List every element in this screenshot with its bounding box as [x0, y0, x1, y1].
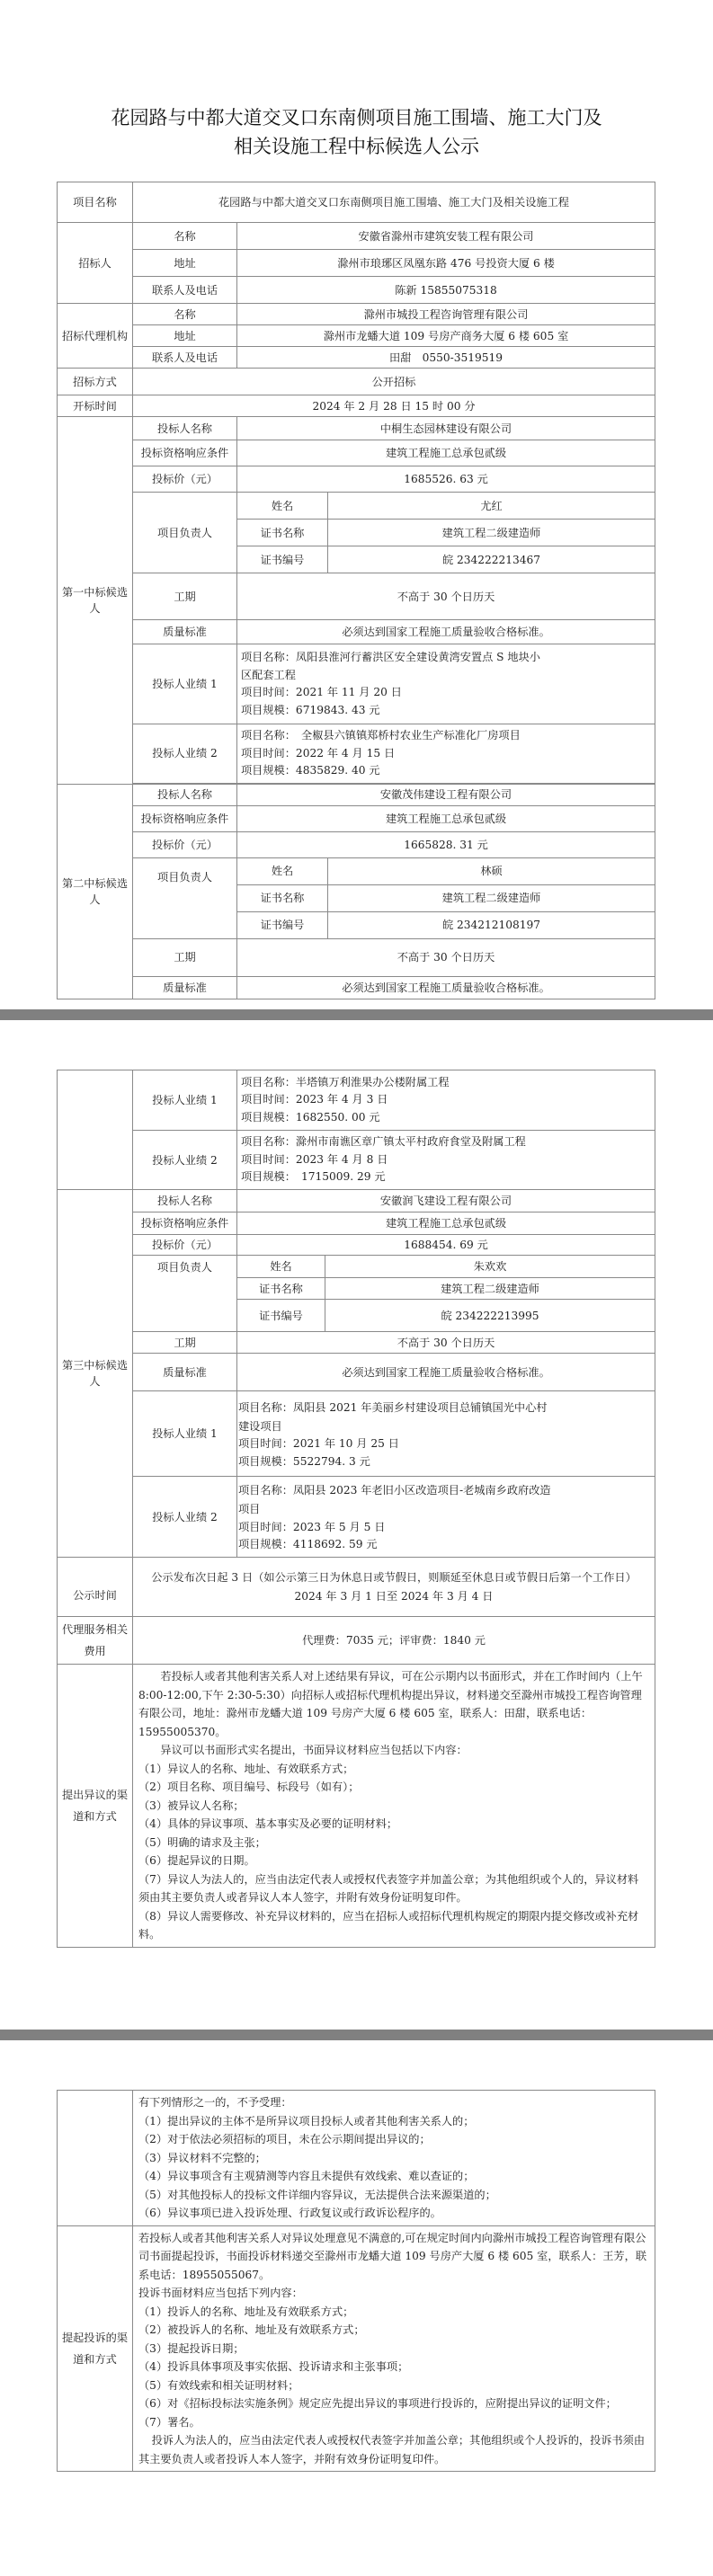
cert-name-label: 证书名称 — [237, 884, 328, 911]
candidate-1-duration: 不高于 30 个日历天 — [237, 573, 655, 620]
page-separator-1 — [0, 1009, 713, 1020]
bidder-name-label: 投标人名称 — [133, 1190, 237, 1212]
publicity-rule: 公示发布次日起 3 日（如公示第三日为休息日或节假日，则顺延至休息日或节假日后第… — [136, 1568, 652, 1587]
bidder-name-label: 投标人名称 — [133, 784, 237, 805]
achievement-name-cont: 建设项目 — [238, 1418, 651, 1436]
table-row: 招标人 名称 安徽省滁州市建筑安装工程有限公司 — [58, 223, 655, 250]
duration-label: 工期 — [133, 573, 237, 620]
reject-item: （2）对于依法必须招标的项目，未在公示期间提出异议的； — [138, 2130, 649, 2149]
qualification-label: 投标资格响应条件 — [133, 440, 237, 466]
candidate-2-rank-continued — [58, 1070, 133, 1190]
objection-item: （1）异议人的名称、地址、有效联系方式； — [138, 1760, 649, 1779]
table-row: 招标方式 公开招标 — [58, 369, 655, 395]
table-row: 质量标准 必须达到国家工程施工质量验收合格标准。 — [58, 976, 655, 999]
table-row: 提起投诉的渠道和方式 若投标人或者其他利害关系人对异议处理意见不满意的,可在规定… — [58, 2225, 655, 2472]
reject-item: （4）异议事项含有主观猜测等内容且未提供有效线索、难以查证的； — [138, 2167, 649, 2186]
person-name-label: 姓名 — [237, 1256, 325, 1278]
achievement-time: 项目时间：2022 年 4 月 15 日 — [241, 745, 651, 763]
candidate-2-quality: 必须达到国家工程施工质量验收合格标准。 — [237, 976, 655, 999]
table-row: 联系人及电话 田甜 0550-3519519 — [58, 347, 655, 369]
person-name-label: 姓名 — [237, 493, 328, 520]
objection-item: （7）异议人为法人的，应当由法定代表人或授权代表签字并加盖公章；为其他组织或个人… — [138, 1870, 649, 1907]
candidate-3-quality: 必须达到国家工程施工质量验收合格标准。 — [237, 1354, 655, 1391]
cert-name-label: 证书名称 — [237, 520, 328, 546]
achievement-1-label: 投标人业绩 1 — [133, 1391, 237, 1477]
candidate-1-quality: 必须达到国家工程施工质量验收合格标准。 — [237, 620, 655, 644]
objection-label: 提出异议的渠道和方式 — [58, 1665, 133, 1948]
achievement-scale: 项目规模： 1715009. 29 元 — [241, 1168, 651, 1186]
table-row: 投标资格响应条件 建筑工程施工总承包贰级 — [58, 805, 655, 831]
achievement-scale: 项目规模：1682550. 00 元 — [241, 1109, 651, 1127]
candidate-1-cert-no: 皖 234222213467 — [328, 546, 655, 573]
title-line-1: 花园路与中都大道交叉口东南侧项目施工围墙、施工大门及 — [0, 103, 713, 132]
publicity-period: 2024 年 3 月 1 日至 2024 年 3 月 4 日 — [136, 1587, 652, 1606]
manager-label: 项目负责人 — [133, 857, 237, 938]
table-row: 投标人业绩 1 项目名称：凤阳县淮河行蓄洪区安全建设黄湾安置点 S 地块小 区配… — [58, 644, 655, 724]
bidder-name-label: 投标人名称 — [133, 417, 237, 440]
open-time-value: 2024 年 2 月 28 日 15 时 00 分 — [133, 395, 655, 417]
complaint-item: （2）被投诉人的名称、地址及有效联系方式； — [138, 2321, 649, 2340]
project-name-label: 项目名称 — [58, 182, 133, 223]
tenderer-name: 安徽省滁州市建筑安装工程有限公司 — [237, 223, 655, 250]
cert-no-label: 证书编号 — [237, 1300, 325, 1332]
table-row: 第一中标候选人 投标人名称 中桐生态园林建设有限公司 — [58, 417, 655, 440]
complaint-item: （4）投诉具体事项及事实依据、投诉请求和主张事项； — [138, 2358, 649, 2376]
project-name-value: 花园路与中都大道交叉口东南侧项目施工围墙、施工大门及相关设施工程 — [133, 182, 655, 223]
table-row: 投标人业绩 2 项目名称：滁州市南谯区章广镇太平村政府食堂及附属工程 项目时间：… — [58, 1131, 655, 1190]
page-title: 花园路与中都大道交叉口东南侧项目施工围墙、施工大门及 相关设施工程中标候选人公示 — [0, 103, 713, 161]
reject-item: （1）提出异议的主体不是所异议项目投标人或者其他利害关系人的； — [138, 2112, 649, 2131]
candidate-2-rank: 第二中标候选人 — [58, 784, 133, 999]
achievement-scale: 项目规模：4118692. 59 元 — [238, 1536, 651, 1554]
table-row: 开标时间 2024 年 2 月 28 日 15 时 00 分 — [58, 395, 655, 417]
objection-label-continued — [58, 2091, 133, 2226]
complaint-item: （6）对《招标投标法实施条例》规定应先提出异议的事项进行投诉的，应附提出异议的证… — [138, 2394, 649, 2413]
candidate-2-cert-name: 建筑工程二级建造师 — [328, 884, 655, 911]
quality-label: 质量标准 — [133, 620, 237, 644]
candidate-3-cert-no: 皖 234222213995 — [325, 1300, 655, 1332]
achievement-name: 项目名称：半塔镇万利淮果办公楼附属工程 — [241, 1074, 651, 1092]
complaint-item: （3）提起投诉日期； — [138, 2340, 649, 2358]
tenderer-address-label: 地址 — [133, 250, 237, 277]
achievement-time: 项目时间：2021 年 10 月 25 日 — [238, 1435, 651, 1453]
table-row: 项目名称 花园路与中都大道交叉口东南侧项目施工围墙、施工大门及相关设施工程 — [58, 182, 655, 223]
objection-item: （4）具体的异议事项、基本事实及必要的证明材料； — [138, 1815, 649, 1834]
reject-item: （6）异议事项已进入投诉处理、行政复议或行政诉讼程序的。 — [138, 2204, 649, 2223]
complaint-content: 若投标人或者其他利害关系人对异议处理意见不满意的,可在规定时间内向滁州市城投工程… — [133, 2225, 655, 2472]
achievement-name: 项目名称：凤阳县淮河行蓄洪区安全建设黄湾安置点 S 地块小 — [241, 649, 651, 667]
candidate-2-achievement-1: 项目名称：半塔镇万利淮果办公楼附属工程 项目时间：2023 年 4 月 3 日 … — [237, 1070, 655, 1131]
objection-item: （8）异议人需要修改、补充异议材料的，应当在招标人或招标代理机构规定的期限内提交… — [138, 1907, 649, 1944]
table-row: 投标资格响应条件 建筑工程施工总承包贰级 — [58, 1212, 655, 1235]
open-time-label: 开标时间 — [58, 395, 133, 417]
achievement-2-label: 投标人业绩 2 — [133, 1131, 237, 1190]
agency-name-label: 名称 — [133, 304, 237, 325]
tenderer-contact-label: 联系人及电话 — [133, 277, 237, 304]
candidate-2-price: 1665828. 31 元 — [237, 831, 655, 857]
achievement-name: 项目名称：滁州市南谯区章广镇太平村政府食堂及附属工程 — [241, 1133, 651, 1151]
objection-item: （3）被异议人名称； — [138, 1797, 649, 1816]
manager-label: 项目负责人 — [133, 1256, 237, 1332]
objection-item: （2）项目名称、项目编号、标段号（如有）； — [138, 1778, 649, 1797]
table-row: 投标人业绩 2 项目名称：凤阳县 2023 年老旧小区改造项目-老城南乡政府改造… — [58, 1477, 655, 1558]
complaint-item: （7）署名。 — [138, 2413, 649, 2432]
achievement-time: 项目时间：2023 年 4 月 3 日 — [241, 1091, 651, 1109]
manager-label: 项目负责人 — [133, 493, 237, 573]
candidate-3-price: 1688454. 69 元 — [237, 1235, 655, 1256]
announcement-table-page-2: 投标人业绩 1 项目名称：半塔镇万利淮果办公楼附属工程 项目时间：2023 年 … — [57, 1070, 655, 1948]
achievement-2-label: 投标人业绩 2 — [133, 1477, 237, 1558]
publicity-label: 公示时间 — [58, 1558, 133, 1617]
table-row: 投标价（元） 1665828. 31 元 — [58, 831, 655, 857]
title-line-2: 相关设施工程中标候选人公示 — [0, 132, 713, 161]
table-row: 投标资格响应条件 建筑工程施工总承包贰级 — [58, 440, 655, 466]
objection-item: （6）提起异议的日期。 — [138, 1852, 649, 1870]
table-row: 投标价（元） 1685526. 63 元 — [58, 466, 655, 493]
complaint-label: 提起投诉的渠道和方式 — [58, 2225, 133, 2472]
announcement-table-page-1: 项目名称 花园路与中都大道交叉口东南侧项目施工围墙、施工大门及相关设施工程 招标… — [57, 182, 655, 999]
table-row: 招标代理机构 名称 滁州市城投工程咨询管理有限公司 — [58, 304, 655, 325]
candidate-3-bidder-name: 安徽润飞建设工程有限公司 — [237, 1190, 655, 1212]
reject-item: （3）异议材料不完整的； — [138, 2149, 649, 2168]
agency-contact-label: 联系人及电话 — [133, 347, 237, 369]
candidate-1-rank: 第一中标候选人 — [58, 417, 133, 785]
candidate-2-bidder-name: 安徽茂伟建设工程有限公司 — [237, 784, 655, 805]
table-row: 质量标准 必须达到国家工程施工质量验收合格标准。 — [58, 620, 655, 644]
candidate-1-achievement-1: 项目名称：凤阳县淮河行蓄洪区安全建设黄湾安置点 S 地块小 区配套工程 项目时间… — [237, 644, 655, 724]
price-label: 投标价（元） — [133, 1235, 237, 1256]
achievement-2-label: 投标人业绩 2 — [133, 724, 237, 784]
person-name-label: 姓名 — [237, 857, 328, 884]
table-row: 投标人业绩 1 项目名称：半塔镇万利淮果办公楼附属工程 项目时间：2023 年 … — [58, 1070, 655, 1131]
table-row: 投标人业绩 1 项目名称：凤阳县 2021 年美丽乡村建设项目总铺镇国光中心村 … — [58, 1391, 655, 1477]
candidate-1-qualification: 建筑工程施工总承包贰级 — [237, 440, 655, 466]
tenderer-address: 滁州市琅琊区凤凰东路 476 号投资大厦 6 楼 — [237, 250, 655, 277]
agency-name: 滁州市城投工程咨询管理有限公司 — [237, 304, 655, 325]
fees-value: 代理费：7035 元；评审费：1840 元 — [133, 1617, 655, 1665]
duration-label: 工期 — [133, 1332, 237, 1354]
candidate-2-manager-name: 林硕 — [328, 857, 655, 884]
achievement-scale: 项目规模：6719843. 43 元 — [241, 702, 651, 720]
achievement-1-label: 投标人业绩 1 — [133, 1070, 237, 1131]
table-row: 质量标准 必须达到国家工程施工质量验收合格标准。 — [58, 1354, 655, 1391]
table-row: 地址 滁州市琅琊区凤凰东路 476 号投资大厦 6 楼 — [58, 250, 655, 277]
table-row: 联系人及电话 陈新 15855075318 — [58, 277, 655, 304]
candidate-2-cert-no: 皖 234212108197 — [328, 911, 655, 938]
achievement-1-label: 投标人业绩 1 — [133, 644, 237, 724]
complaint-item: （1）投诉人的名称、地址及有效联系方式； — [138, 2303, 649, 2322]
announcement-table-page-3: 有下列情形之一的，不予受理： （1）提出异议的主体不是所异议项目投标人或者其他利… — [57, 2090, 655, 2472]
reject-intro: 有下列情形之一的，不予受理： — [138, 2093, 649, 2112]
objection-reject-content: 有下列情形之一的，不予受理： （1）提出异议的主体不是所异议项目投标人或者其他利… — [133, 2091, 655, 2226]
table-row: 项目负责人 姓名 林硕 — [58, 857, 655, 884]
candidate-3-duration: 不高于 30 个日历天 — [237, 1332, 655, 1354]
fees-label: 代理服务相关费用 — [58, 1617, 133, 1665]
objection-content-intro: 异议可以书面形式实名提出，书面异议材料应当包括以下内容： — [138, 1741, 649, 1760]
objection-content: 若投标人或者其他利害关系人对上述结果有异议，可在公示期内以书面形式，并在工作时间… — [133, 1665, 655, 1948]
candidate-1-cert-name: 建筑工程二级建造师 — [328, 520, 655, 546]
table-row: 投标人业绩 2 项目名称： 全椒县六镇镇郑桥村农业生产标准化厂房项目 项目时间：… — [58, 724, 655, 784]
agency-label: 招标代理机构 — [58, 304, 133, 369]
candidate-3-achievement-2: 项目名称：凤阳县 2023 年老旧小区改造项目-老城南乡政府改造 项目 项目时间… — [237, 1477, 655, 1558]
tenderer-label: 招标人 — [58, 223, 133, 304]
achievement-scale: 项目规模：5522794. 3 元 — [238, 1453, 651, 1471]
reject-item: （5）对其他投标人的投标文件详细内容异议，无法提供合法来源渠道的； — [138, 2186, 649, 2205]
cert-no-label: 证书编号 — [237, 546, 328, 573]
tenderer-contact: 陈新 15855075318 — [237, 277, 655, 304]
table-row: 工期 不高于 30 个日历天 — [58, 938, 655, 976]
candidate-3-qualification: 建筑工程施工总承包贰级 — [237, 1212, 655, 1235]
duration-label: 工期 — [133, 938, 237, 976]
achievement-name: 项目名称：凤阳县 2023 年老旧小区改造项目-老城南乡政府改造 — [238, 1479, 651, 1501]
candidate-2-duration: 不高于 30 个日历天 — [237, 938, 655, 976]
table-row: 项目负责人 姓名 朱欢欢 — [58, 1256, 655, 1278]
page-separator-2 — [0, 2030, 713, 2040]
publicity-value: 公示发布次日起 3 日（如公示第三日为休息日或节假日，则顺延至休息日或节假日后第… — [133, 1558, 655, 1617]
table-row: 项目负责人 姓名 尤红 — [58, 493, 655, 520]
quality-label: 质量标准 — [133, 1354, 237, 1391]
qualification-label: 投标资格响应条件 — [133, 1212, 237, 1235]
candidate-1-bidder-name: 中桐生态园林建设有限公司 — [237, 417, 655, 440]
objection-item: （5）明确的请求及主张； — [138, 1834, 649, 1852]
agency-address-label: 地址 — [133, 325, 237, 347]
table-row: 第二中标候选人 投标人名称 安徽茂伟建设工程有限公司 — [58, 784, 655, 805]
objection-intro: 若投标人或者其他利害关系人对上述结果有异议，可在公示期内以书面形式，并在工作时间… — [138, 1667, 649, 1741]
candidate-1-manager-name: 尤红 — [328, 493, 655, 520]
complaint-item: （5）有效线索和相关证明材料； — [138, 2376, 649, 2395]
cert-no-label: 证书编号 — [237, 911, 328, 938]
agency-contact: 田甜 0550-3519519 — [237, 347, 655, 369]
qualification-label: 投标资格响应条件 — [133, 805, 237, 831]
table-row: 代理服务相关费用 代理费：7035 元；评审费：1840 元 — [58, 1617, 655, 1665]
table-row: 投标价（元） 1688454. 69 元 — [58, 1235, 655, 1256]
candidate-1-price: 1685526. 63 元 — [237, 466, 655, 493]
table-row: 有下列情形之一的，不予受理： （1）提出异议的主体不是所异议项目投标人或者其他利… — [58, 2091, 655, 2226]
candidate-3-rank: 第三中标候选人 — [58, 1190, 133, 1558]
achievement-time: 项目时间：2021 年 11 月 20 日 — [241, 684, 651, 702]
achievement-scale: 项目规模：4835829. 40 元 — [241, 762, 651, 780]
table-row: 工期 不高于 30 个日历天 — [58, 1332, 655, 1354]
candidate-3-achievement-1: 项目名称：凤阳县 2021 年美丽乡村建设项目总铺镇国光中心村 建设项目 项目时… — [237, 1391, 655, 1477]
method-label: 招标方式 — [58, 369, 133, 395]
candidate-1-achievement-2: 项目名称： 全椒县六镇镇郑桥村农业生产标准化厂房项目 项目时间：2022 年 4… — [237, 724, 655, 784]
achievement-time: 项目时间：2023 年 5 月 5 日 — [238, 1519, 651, 1537]
candidate-2-qualification: 建筑工程施工总承包贰级 — [237, 805, 655, 831]
agency-address: 滁州市龙蟠大道 109 号房产商务大厦 6 楼 605 室 — [237, 325, 655, 347]
achievement-name-cont: 区配套工程 — [241, 667, 651, 685]
method-value: 公开招标 — [133, 369, 655, 395]
table-row: 公示时间 公示发布次日起 3 日（如公示第三日为休息日或节假日，则顺延至休息日或… — [58, 1558, 655, 1617]
table-row: 地址 滁州市龙蟠大道 109 号房产商务大厦 6 楼 605 室 — [58, 325, 655, 347]
table-row: 第三中标候选人 投标人名称 安徽润飞建设工程有限公司 — [58, 1190, 655, 1212]
candidate-3-cert-name: 建筑工程二级建造师 — [325, 1278, 655, 1300]
complaint-intro: 若投标人或者其他利害关系人对异议处理意见不满意的,可在规定时间内向滁州市城投工程… — [138, 2229, 649, 2285]
table-row: 工期 不高于 30 个日历天 — [58, 573, 655, 620]
achievement-name-cont: 项目 — [238, 1501, 651, 1519]
achievement-time: 项目时间：2023 年 4 月 8 日 — [241, 1151, 651, 1169]
quality-label: 质量标准 — [133, 976, 237, 999]
candidate-3-manager-name: 朱欢欢 — [325, 1256, 655, 1278]
achievement-name: 项目名称：凤阳县 2021 年美丽乡村建设项目总铺镇国光中心村 — [238, 1397, 651, 1418]
price-label: 投标价（元） — [133, 831, 237, 857]
complaint-closing: 投诉人为法人的，应当由法定代表人或授权代表签字并加盖公章；其他组织或个人投诉的，… — [138, 2431, 649, 2468]
tenderer-name-label: 名称 — [133, 223, 237, 250]
complaint-content-intro: 投诉书面材料应当包括下列内容： — [138, 2284, 649, 2303]
price-label: 投标价（元） — [133, 466, 237, 493]
cert-name-label: 证书名称 — [237, 1278, 325, 1300]
table-row: 提出异议的渠道和方式 若投标人或者其他利害关系人对上述结果有异议，可在公示期内以… — [58, 1665, 655, 1948]
achievement-name: 项目名称： 全椒县六镇镇郑桥村农业生产标准化厂房项目 — [241, 727, 651, 745]
candidate-2-achievement-2: 项目名称：滁州市南谯区章广镇太平村政府食堂及附属工程 项目时间：2023 年 4… — [237, 1131, 655, 1190]
